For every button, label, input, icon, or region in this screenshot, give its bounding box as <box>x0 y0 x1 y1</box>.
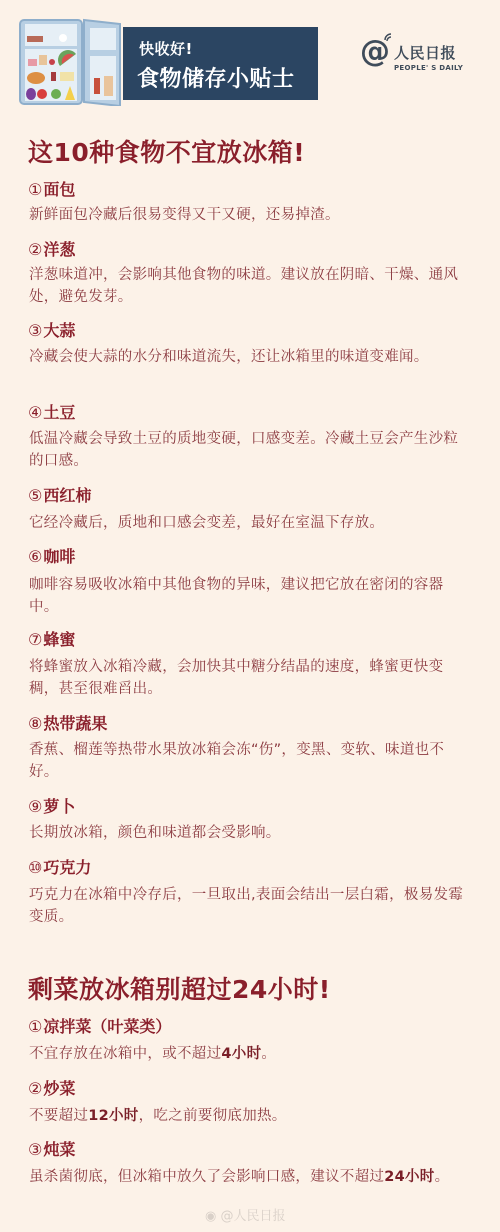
item-title: ①凉拌菜（叶菜类） <box>28 1014 171 1037</box>
logo-english-name: PEOPLE' S DAILY <box>394 64 463 72</box>
item-desc: 巧克力在冰箱中冷存后，一旦取出,表面会结出一层白霜，极易发霉变质。 <box>29 884 469 928</box>
logo-chinese-name: 人民日报 <box>394 42 456 63</box>
item-desc: 长期放冰箱，颜色和味道都会受影响。 <box>29 822 469 844</box>
item-title: ⑧热带蔬果 <box>28 711 107 734</box>
item-desc: 洋葱味道冲，会影响其他食物的味道。建议放在阴暗、干燥、通风处，避免发芽。 <box>29 264 469 308</box>
peoples-daily-logo: @ 人民日报 PEOPLE' S DAILY <box>360 38 470 78</box>
header: 快收好! 食物储存小贴士 @ 人民日报 PEOPLE' S DAILY <box>0 0 500 118</box>
item-desc: 将蜂蜜放入冰箱冷藏，会加快其中糖分结晶的速度，蜂蜜更快变稠，甚至很难舀出。 <box>29 656 469 700</box>
section-title-leftovers: 剩菜放冰箱别超过24小时! <box>28 970 331 1006</box>
item-title: ⑤西红柿 <box>28 483 91 506</box>
item-title: ⑦蜂蜜 <box>28 627 75 650</box>
weibo-icon: ◉ <box>205 1209 220 1224</box>
item-desc: 冷藏会使大蒜的水分和味道流失，还让冰箱里的味道变难闻。 <box>29 346 469 368</box>
signal-wave-icon <box>384 32 394 42</box>
item-title: ②洋葱 <box>28 237 75 260</box>
item-title: ③炖菜 <box>28 1137 75 1160</box>
item-desc: 香蕉、榴莲等热带水果放冰箱会冻“伤”，变黑、变软、味道也不好。 <box>29 739 469 783</box>
banner-title: 食物储存小贴士 <box>137 62 295 93</box>
item-desc: 不要超过12小时，吃之前要彻底加热。 <box>29 1105 469 1127</box>
item-title: ④土豆 <box>28 400 75 423</box>
item-desc: 不宜存放在冰箱中，或不超过4小时。 <box>29 1043 469 1065</box>
item-desc: 咖啡容易吸收冰箱中其他食物的异味，建议把它放在密闭的容器中。 <box>29 574 469 618</box>
item-title: ⑨萝卜 <box>28 794 75 817</box>
item-desc: 新鲜面包冷藏后很易变得又干又硬，还易掉渣。 <box>29 204 469 226</box>
item-title: ①面包 <box>28 177 75 200</box>
item-title: ⑥咖啡 <box>28 544 75 567</box>
weibo-watermark: ◉ @人民日报 <box>205 1205 286 1224</box>
banner-subtitle: 快收好! <box>139 38 193 59</box>
section-title-no-fridge: 这10种食物不宜放冰箱! <box>28 133 305 169</box>
item-desc: 低温冷藏会导致土豆的质地变硬，口感变差。冷藏土豆会产生沙粒的口感。 <box>29 428 469 472</box>
item-desc: 虽杀菌彻底，但冰箱中放久了会影响口感，建议不超过24小时。 <box>29 1166 469 1188</box>
item-title: ②炒菜 <box>28 1076 75 1099</box>
item-title: ③大蒜 <box>28 318 75 341</box>
title-banner: 快收好! 食物储存小贴士 <box>123 27 318 100</box>
item-title: ⑩巧克力 <box>28 855 91 878</box>
fridge-illustration-icon <box>18 14 128 106</box>
item-desc: 它经冷藏后，质地和口感会变差，最好在室温下存放。 <box>29 512 469 534</box>
